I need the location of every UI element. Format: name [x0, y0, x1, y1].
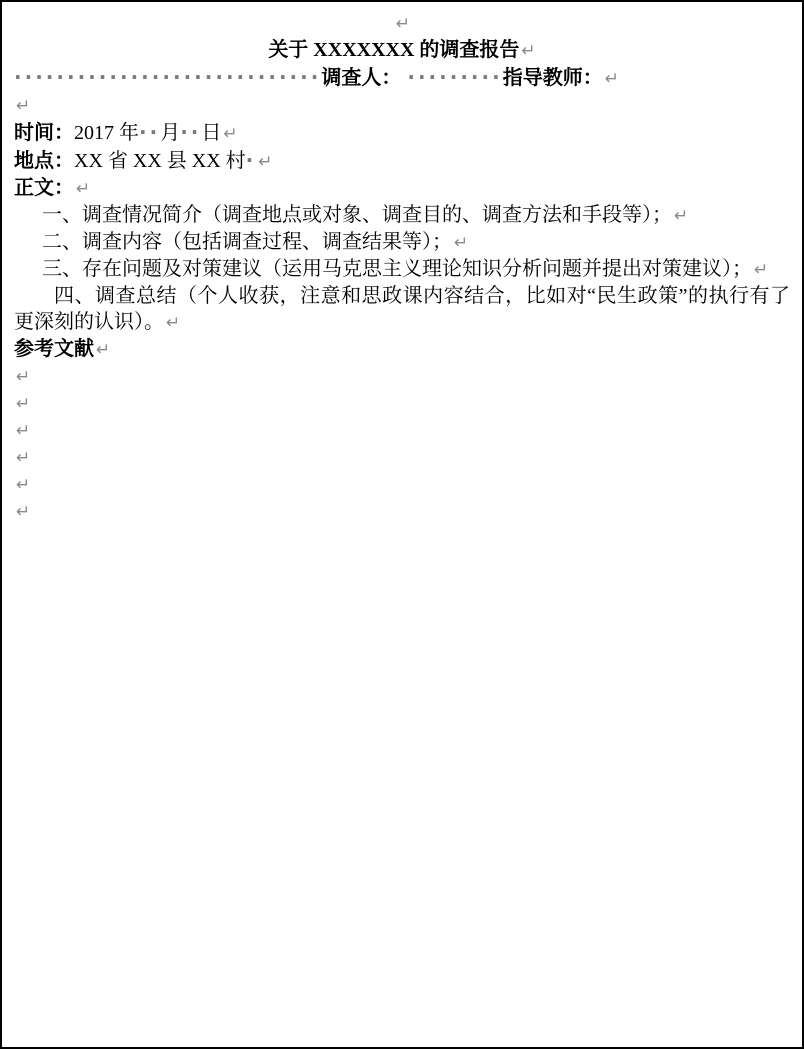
- paragraph-return-icon: ↵: [14, 421, 30, 441]
- trailing-space-dot: ·: [246, 148, 257, 172]
- paragraph-return-icon: ↵: [164, 313, 180, 333]
- leading-space-dots: ·····························: [14, 65, 321, 89]
- paragraph-return-icon: ↵: [256, 152, 272, 172]
- document-content: ↵ 关于 XXXXXXX 的调查报告↵ ····················…: [2, 2, 802, 525]
- paragraph-return-icon: ↵: [74, 179, 90, 199]
- outline-item-4: 四、调查总结（个人收获，注意和思政课内容结合，比如对“民生政策”的执行有了更深刻…: [14, 283, 790, 336]
- outline-item-1: 一、调查情况简介（调查地点或对象、调查目的、调查方法和手段等）；↵: [14, 202, 790, 229]
- empty-paragraph: ↵: [14, 92, 790, 119]
- empty-paragraph: ↵: [14, 498, 790, 525]
- body-label: 正文：: [14, 177, 74, 199]
- paragraph-return-icon: ↵: [14, 367, 30, 387]
- outline-item-text: 三、存在问题及对策建议（运用马克思主义理论知识分析问题并提出对策建议）；: [42, 258, 752, 280]
- time-label: 时间：: [14, 122, 74, 144]
- time-day-value: 日: [201, 122, 221, 144]
- paragraph-return-icon: ↵: [452, 233, 468, 253]
- paragraph-return-icon: ↵: [221, 124, 237, 144]
- body-label-line: 正文：↵: [14, 175, 790, 202]
- location-label: 地点：: [14, 150, 74, 172]
- empty-paragraph: ↵: [14, 444, 790, 471]
- time-field-line: 时间：2017 年··月··日↵: [14, 119, 790, 147]
- references-line: 参考文献↵: [14, 336, 790, 363]
- paragraph-return-icon: ↵: [394, 14, 410, 34]
- paragraph-return-icon: ↵: [14, 448, 30, 468]
- references-label: 参考文献: [14, 338, 94, 360]
- outline-item-text: 一、调查情况简介（调查地点或对象、调查目的、调查方法和手段等）；: [42, 204, 672, 226]
- paragraph-return-icon: ↵: [752, 260, 768, 280]
- empty-paragraph: ↵: [14, 417, 790, 444]
- location-value: XX 省 XX 县 XX 村: [74, 150, 246, 172]
- empty-paragraph: ↵: [14, 471, 790, 498]
- time-year-value: 2017 年: [74, 122, 139, 144]
- outline-item-3: 三、存在问题及对策建议（运用马克思主义理论知识分析问题并提出对策建议）；↵: [14, 256, 790, 283]
- outline-item-2: 二、调查内容（包括调查过程、调查结果等）；↵: [14, 229, 790, 256]
- paragraph-return-icon: ↵: [603, 69, 619, 89]
- empty-paragraph: ↵: [14, 363, 790, 390]
- investigator-label: 调查人：: [321, 67, 401, 89]
- time-month-value: 月: [160, 122, 180, 144]
- outline-item-text: 二、调查内容（包括调查过程、调查结果等）；: [42, 231, 452, 253]
- outline-item-text: 四、调查总结（个人收获，注意和思政课内容结合，比如对“民生政策”的执行有了更深刻…: [14, 285, 790, 333]
- paragraph-return-icon: ↵: [14, 475, 30, 495]
- paragraph-return-icon: ↵: [672, 206, 688, 226]
- time-space-dots: ··: [139, 120, 160, 144]
- location-field-line: 地点：XX 省 XX 县 XX 村·↵: [14, 147, 790, 175]
- middle-space-dots: ·········: [407, 65, 502, 89]
- empty-paragraph: ↵: [14, 390, 790, 417]
- document-page: ↵ 关于 XXXXXXX 的调查报告↵ ····················…: [0, 0, 804, 1049]
- byline-line: ·····························调查人：·······…: [14, 64, 790, 92]
- paragraph-return-icon: ↵: [14, 96, 30, 116]
- paragraph-return-icon: ↵: [14, 394, 30, 414]
- paragraph-return-icon: ↵: [14, 502, 30, 522]
- advisor-label: 指导教师：: [503, 67, 603, 89]
- page-title: 关于 XXXXXXX 的调查报告: [268, 39, 519, 61]
- empty-paragraph: ↵: [14, 10, 790, 37]
- time-space-dots: ··: [180, 120, 201, 144]
- paragraph-return-icon: ↵: [519, 41, 535, 61]
- title-line: 关于 XXXXXXX 的调查报告↵: [14, 37, 790, 64]
- paragraph-return-icon: ↵: [94, 340, 110, 360]
